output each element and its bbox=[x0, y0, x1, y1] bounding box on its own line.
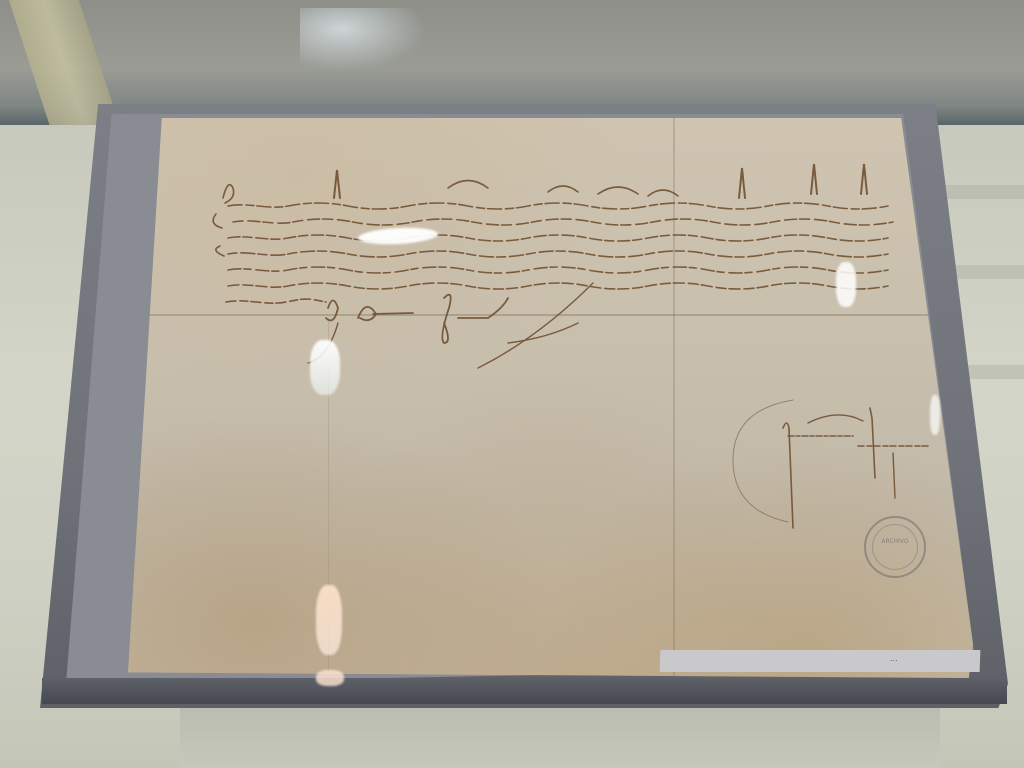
caption-text: ... bbox=[890, 654, 898, 663]
glass-reflection bbox=[316, 585, 342, 655]
glass-reflection bbox=[836, 262, 856, 307]
display-case: ARCHIVO ... bbox=[40, 100, 1010, 710]
ceiling-reflection bbox=[300, 8, 440, 78]
stamp-text: ARCHIVO bbox=[874, 538, 916, 545]
case-edge bbox=[42, 678, 1007, 704]
shadow bbox=[180, 700, 940, 768]
glass-reflection bbox=[316, 670, 344, 686]
museum-photo: ARCHIVO ... bbox=[0, 0, 1024, 768]
archive-stamp: ARCHIVO bbox=[864, 516, 926, 578]
manuscript-document: ARCHIVO bbox=[128, 118, 973, 678]
glass-reflection bbox=[310, 340, 340, 395]
handwriting bbox=[128, 118, 973, 678]
caption-label: ... bbox=[660, 650, 981, 672]
glass-reflection bbox=[930, 395, 940, 435]
